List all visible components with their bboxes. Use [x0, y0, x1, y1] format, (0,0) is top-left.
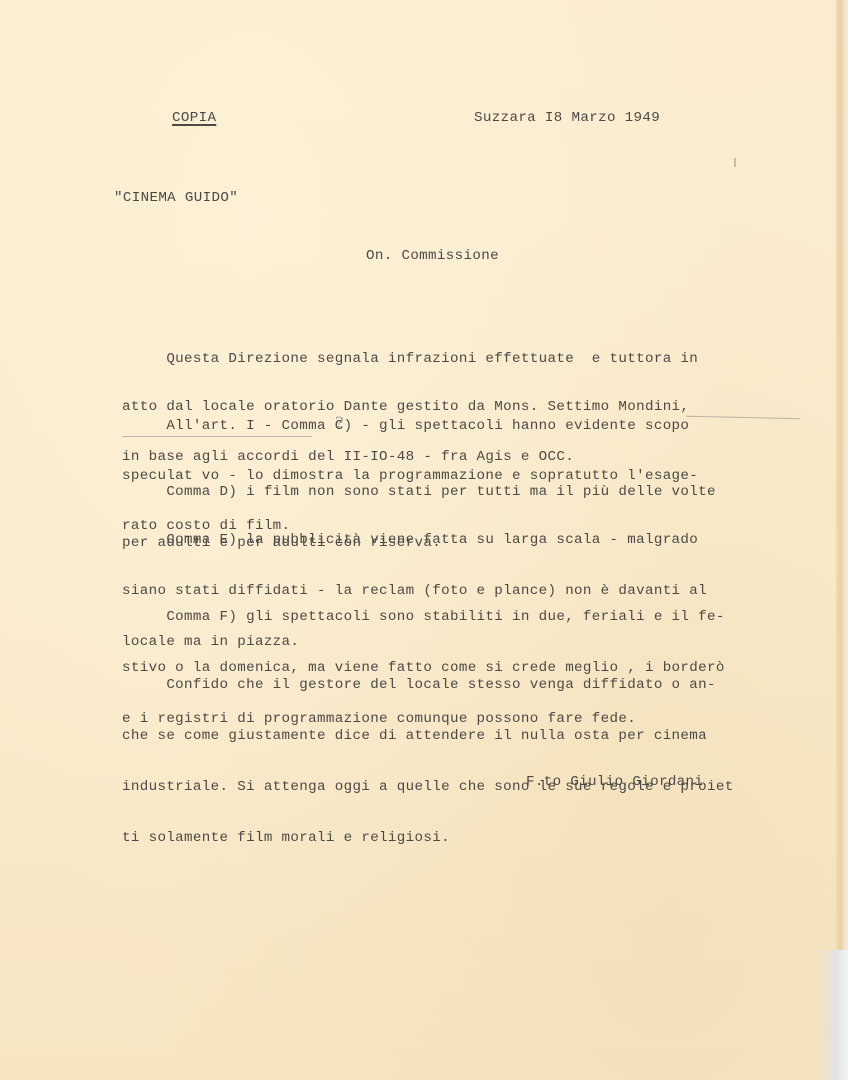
- text-line: ti solamente film morali e religiosi.: [122, 830, 734, 846]
- addressee: "CINEMA GUIDO": [114, 190, 238, 206]
- text-line: Questa Direzione segnala infrazioni effe…: [122, 351, 698, 367]
- paragraph-conclusion: Confido che il gestore del locale stesso…: [122, 645, 734, 862]
- scan-shadow-corner: [818, 950, 848, 1080]
- copia-label: COPIA: [172, 110, 216, 126]
- pencil-question-mark: ?: [335, 413, 344, 432]
- pencil-underline: [122, 436, 312, 437]
- text-line: Comma D) i film non sono stati per tutti…: [122, 484, 716, 500]
- signature: F.to Giulio Giordani: [526, 774, 703, 790]
- place-date: Suzzara I8 Marzo 1949: [474, 110, 660, 126]
- paper-edge-right: [836, 0, 848, 1080]
- salutation: On. Commissione: [366, 248, 499, 264]
- text-line: Comma E) la pubblicità viene fatta su la…: [122, 532, 707, 548]
- text-line: All'art. I - Comma C) - gli spettacoli h…: [122, 418, 698, 434]
- stray-mark: [734, 158, 736, 167]
- text-line: che se come giustamente dice di attender…: [122, 728, 734, 744]
- text-line: Comma F) gli spettacoli sono stabiliti i…: [122, 609, 725, 625]
- text-line: Confido che il gestore del locale stesso…: [122, 677, 734, 693]
